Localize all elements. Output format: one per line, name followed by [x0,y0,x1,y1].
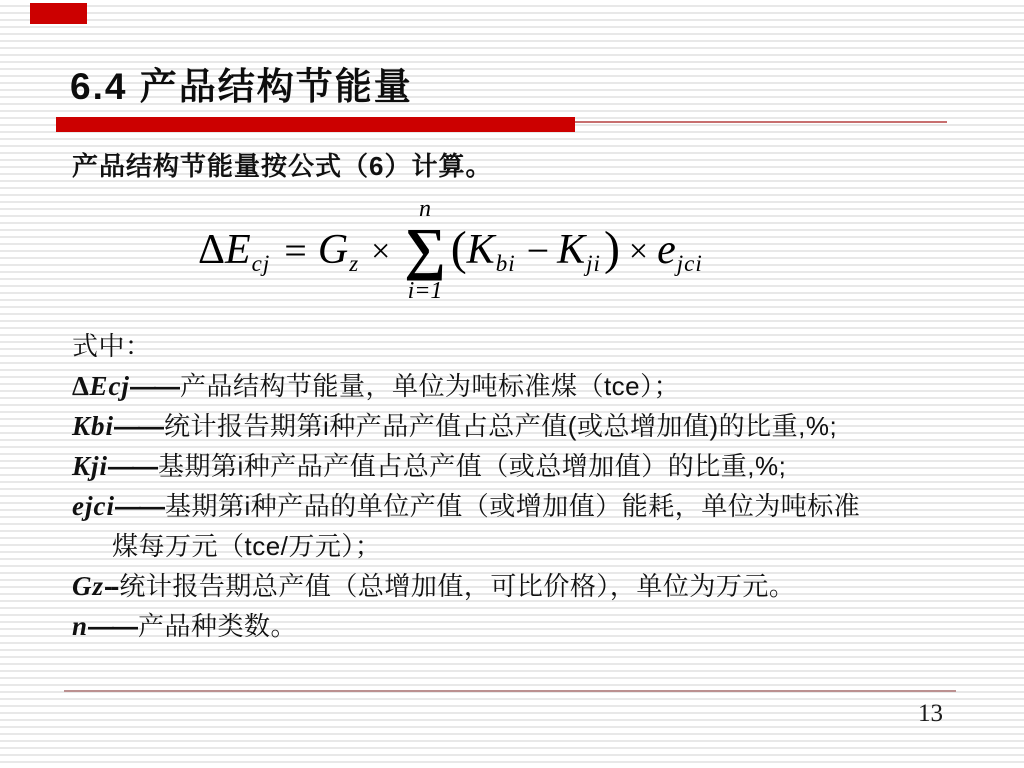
close-paren: ) [604,221,620,276]
summation: n ∑ i=1 [404,197,445,302]
definition-text-continued: 煤每万元（tce/万元）； [72,526,977,566]
formula-var-e: e [657,226,676,274]
equals-sign: = [284,227,307,274]
formula-sub-cj: cj [252,251,271,277]
definition-text: 产品结构节能量，单位为吨标准煤（tce）； [180,371,680,401]
formula-sub-jci: jci [677,251,703,277]
definition-text: 基期第i种产品的单位产值（或增加值）能耗，单位为吨标准 [165,491,860,521]
footer-rule [64,690,956,692]
symbol-delta: Δ [72,371,89,401]
definition-item-n: n——产品种类数。 [72,606,977,646]
definition-item-kbi: Kbi——统计报告期第i种产品产值占总产值(或总增加值)的比重,%; [72,406,977,446]
formula-sub-z: z [349,251,359,277]
dash: —— [108,451,156,481]
dash: —— [130,371,178,401]
dash: —— [88,611,136,641]
page-number: 13 [918,700,943,728]
definition-text: 统计报告期第i种产品产值占总产值(或总增加值)的比重,%; [164,411,837,441]
definition-item-ejci: ejci——基期第i种产品的单位产值（或增加值）能耗，单位为吨标准 煤每万元（t… [72,486,977,566]
definition-text: 产品种类数。 [138,611,297,641]
symbol-gz: Gz [72,571,104,601]
dash: —— [115,491,163,521]
intro-text: 产品结构节能量按公式（6）计算。 [72,146,492,183]
sum-lower-limit: i=1 [408,279,443,303]
formula-var-G: G [318,226,348,274]
definition-text: 基期第i种产品产值占总产值（或总增加值）的比重,%; [158,451,786,481]
formula-sub-bi: bi [496,251,516,277]
definition-item-kji: Kji——基期第i种产品产值占总产值（或总增加值）的比重,%; [72,446,977,486]
formula: ΔEcj = Gz × n ∑ i=1 (Kbi − Kji) × ejci [198,194,706,306]
definition-item-ecj: ΔEcj——产品结构节能量，单位为吨标准煤（tce）； [72,366,977,406]
symbol-n: n [72,611,88,641]
formula-sub-ji: ji [586,251,601,277]
multiply-sign-1: × [371,233,390,271]
open-paren: ( [451,221,467,276]
formula-var-K2: K [557,226,585,274]
delta-symbol: Δ [198,226,225,274]
slide: { "slide": { "title": "6.4 产品结构节能量", "in… [0,0,1024,768]
sigma-symbol: ∑ [404,222,445,275]
minus-sign: − [527,227,550,274]
formula-var-E: E [225,226,251,274]
definition-item-gz: Gz--统计报告期总产值（总增加值，可比价格），单位为万元。 [72,566,977,606]
dash: —— [114,411,162,441]
definitions-block: 式中： ΔEcj——产品结构节能量，单位为吨标准煤（tce）； Kbi——统计报… [72,326,977,646]
slide-title: 6.4 产品结构节能量 [70,56,413,110]
formula-var-K1: K [467,226,495,274]
definition-text: 统计报告期总产值（总增加值，可比价格），单位为万元。 [119,571,795,601]
dash: -- [104,571,117,601]
title-rule-bar [56,117,575,132]
symbol-ejci: ejci [72,491,115,521]
title-rule-line [575,121,947,123]
multiply-sign-2: × [629,233,648,271]
definitions-lead: 式中： [72,326,977,366]
symbol-kji: Kji [72,451,108,481]
symbol-ecj: Ecj [89,371,130,401]
symbol-kbi: Kbi [72,411,114,441]
corner-accent-block [30,3,87,24]
